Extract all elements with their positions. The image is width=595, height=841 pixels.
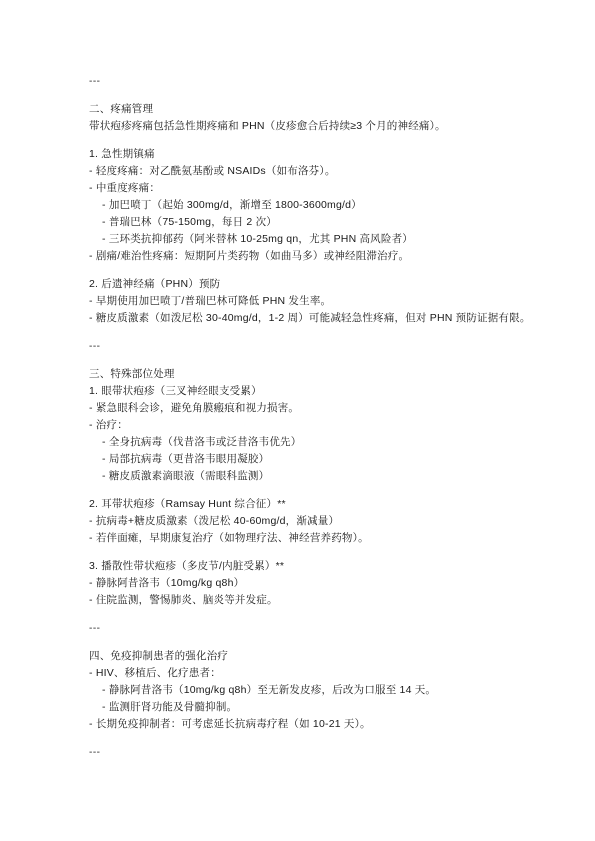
text-line: - 长期免疫抑制者：可考虑延长抗病毒疗程（如 10-21 天）。 (89, 716, 515, 733)
numbered-heading: 1. 急性期镇痛 (89, 146, 515, 163)
section-heading: 二、疼痛管理 (89, 101, 515, 118)
text-line: - 全身抗病毒（伐昔洛韦或泛昔洛韦优先） (89, 434, 515, 451)
text-line: - 住院监测，警惕肺炎、脑炎等并发症。 (89, 592, 515, 609)
text-line: 带状疱疹疼痛包括急性期疼痛和 PHN（皮疹愈合后持续≥3 个月的神经痛）。 (89, 118, 515, 135)
paragraph-block: 3. 播散性带状疱疹（多皮节/内脏受累）**- 静脉阿昔洛韦（10mg/kg q… (89, 558, 515, 609)
section-heading: 三、特殊部位处理 (89, 366, 515, 383)
separator-block: --- (89, 73, 515, 90)
numbered-heading: 1. 眼带状疱疹（三叉神经眼支受累） (89, 383, 515, 400)
section-heading: 四、免疫抑制患者的强化治疗 (89, 648, 515, 665)
separator-block: --- (89, 744, 515, 761)
text-line: - 中重度疼痛： (89, 180, 515, 197)
text-line: - 监测肝肾功能及骨髓抑制。 (89, 699, 515, 716)
numbered-heading: 2. 耳带状疱疹（Ramsay Hunt 综合征）** (89, 496, 515, 513)
numbered-heading: 3. 播散性带状疱疹（多皮节/内脏受累）** (89, 558, 515, 575)
text-line: - 局部抗病毒（更昔洛韦眼用凝胶） (89, 451, 515, 468)
paragraph-block: 2. 耳带状疱疹（Ramsay Hunt 综合征）**- 抗病毒+糖皮质激素（泼… (89, 496, 515, 547)
paragraph-block: 四、免疫抑制患者的强化治疗- HIV、移植后、化疗患者：- 静脉阿昔洛韦（10m… (89, 648, 515, 733)
text-line: - 若伴面瘫，早期康复治疗（如物理疗法、神经营养药物）。 (89, 530, 515, 547)
text-line: - 三环类抗抑郁药（阿米替林 10-25mg qn，尤其 PHN 高风险者） (89, 231, 515, 248)
separator-line: --- (89, 73, 515, 90)
paragraph-block: 2. 后遗神经痛（PHN）预防- 早期使用加巴喷丁/普瑞巴林可降低 PHN 发生… (89, 276, 515, 327)
numbered-heading: 2. 后遗神经痛（PHN）预防 (89, 276, 515, 293)
separator-block: --- (89, 338, 515, 355)
separator-line: --- (89, 338, 515, 355)
text-line: - 静脉阿昔洛韦（10mg/kg q8h）至无新发皮疹，后改为口服至 14 天。 (89, 682, 515, 699)
paragraph-block: 三、特殊部位处理1. 眼带状疱疹（三叉神经眼支受累）- 紧急眼科会诊，避免角膜瘢… (89, 366, 515, 485)
separator-block: --- (89, 620, 515, 637)
text-line: - 抗病毒+糖皮质激素（泼尼松 40-60mg/d，渐减量） (89, 513, 515, 530)
text-line: - 轻度疼痛：对乙酰氨基酚或 NSAIDs（如布洛芬）。 (89, 163, 515, 180)
text-line: - 普瑞巴林（75-150mg，每日 2 次） (89, 214, 515, 231)
document-page: ---二、疼痛管理带状疱疹疼痛包括急性期疼痛和 PHN（皮疹愈合后持续≥3 个月… (0, 0, 595, 841)
separator-line: --- (89, 744, 515, 761)
text-line: - 糖皮质激素滴眼液（需眼科监测） (89, 468, 515, 485)
text-line: - 静脉阿昔洛韦（10mg/kg q8h） (89, 575, 515, 592)
text-line: - 治疗： (89, 417, 515, 434)
separator-line: --- (89, 620, 515, 637)
paragraph-block: 二、疼痛管理带状疱疹疼痛包括急性期疼痛和 PHN（皮疹愈合后持续≥3 个月的神经… (89, 101, 515, 135)
text-line: - 加巴喷丁（起始 300mg/d，渐增至 1800-3600mg/d） (89, 197, 515, 214)
text-line: - 糖皮质激素（如泼尼松 30-40mg/d，1-2 周）可能减轻急性疼痛，但对… (89, 310, 515, 327)
text-line: - 早期使用加巴喷丁/普瑞巴林可降低 PHN 发生率。 (89, 293, 515, 310)
text-line: - 紧急眼科会诊，避免角膜瘢痕和视力损害。 (89, 400, 515, 417)
document-content: ---二、疼痛管理带状疱疹疼痛包括急性期疼痛和 PHN（皮疹愈合后持续≥3 个月… (89, 73, 515, 761)
text-line: - HIV、移植后、化疗患者： (89, 665, 515, 682)
text-line: - 剧痛/难治性疼痛：短期阿片类药物（如曲马多）或神经阻滞治疗。 (89, 248, 515, 265)
paragraph-block: 1. 急性期镇痛- 轻度疼痛：对乙酰氨基酚或 NSAIDs（如布洛芬）。- 中重… (89, 146, 515, 265)
